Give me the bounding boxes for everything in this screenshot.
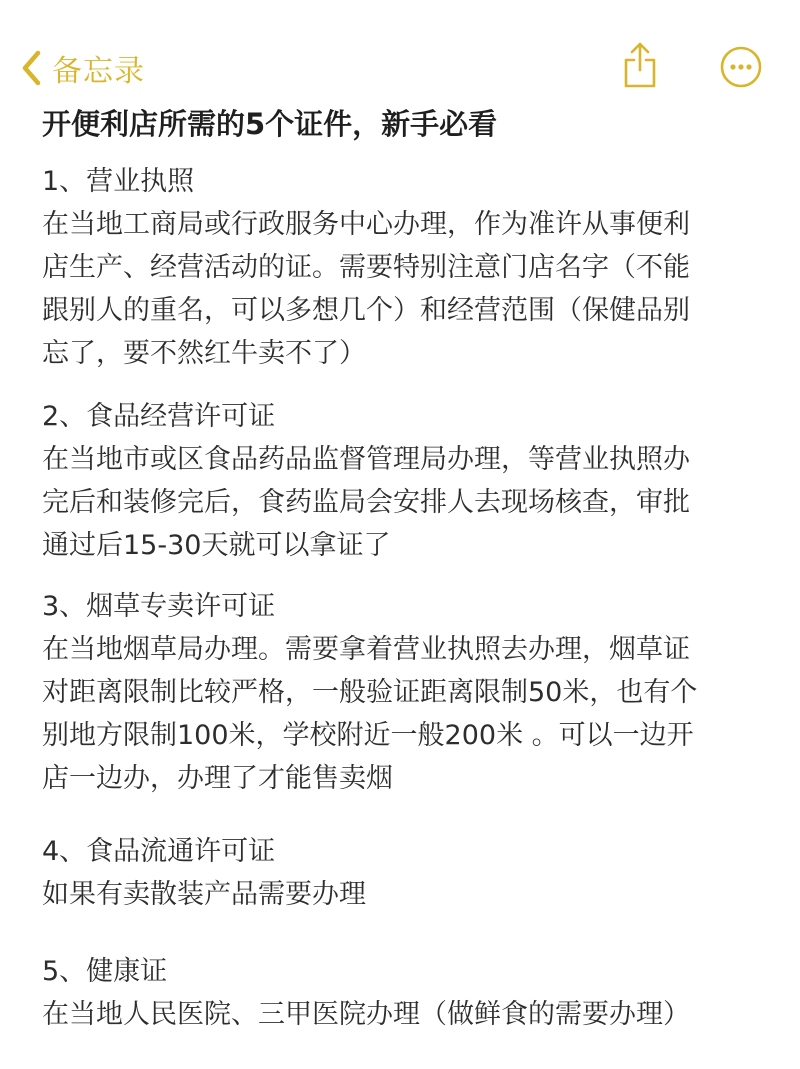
section-food-circulation-permit: 4、食品流通许可证 如果有卖散装产品需要办理 <box>42 830 366 916</box>
section-heading: 2、食品经营许可证 <box>42 395 690 438</box>
body-line: 在当地人民医院、三甲医院办理（做鲜食的需要办理） <box>42 993 690 1036</box>
more-ellipsis-icon <box>719 74 763 93</box>
body-line: 通过后15-30天就可以拿证了 <box>42 524 690 567</box>
note-title: 开便利店所需的5个证件，新手必看 <box>42 102 497 143</box>
section-heading: 4、食品流通许可证 <box>42 830 366 873</box>
body-line: 忘了，要不然红牛卖不了） <box>42 332 690 375</box>
section-tobacco-permit: 3、烟草专卖许可证 在当地烟草局办理。需要拿着营业执照去办理，烟草证 对距离限制… <box>42 585 697 800</box>
section-health-certificate: 5、健康证 在当地人民医院、三甲医院办理（做鲜食的需要办理） <box>42 950 690 1036</box>
back-button[interactable]: 备忘录 <box>20 46 145 90</box>
body-line: 在当地工商局或行政服务中心办理，作为准许从事便利 <box>42 203 690 246</box>
body-line: 如果有卖散装产品需要办理 <box>42 873 366 916</box>
share-button[interactable] <box>620 40 660 92</box>
more-options-button[interactable] <box>719 45 763 89</box>
section-business-license: 1、营业执照 在当地工商局或行政服务中心办理，作为准许从事便利 店生产、经营活动… <box>42 160 690 375</box>
body-line: 在当地烟草局办理。需要拿着营业执照去办理，烟草证 <box>42 628 697 671</box>
section-heading: 3、烟草专卖许可证 <box>42 585 697 628</box>
section-food-business-permit: 2、食品经营许可证 在当地市或区食品药品监督管理局办理，等营业执照办 完后和装修… <box>42 395 690 567</box>
body-line: 对距离限制比较严格，一般验证距离限制50米，也有个 <box>42 671 697 714</box>
body-line: 别地方限制100米，学校附近一般200米 。可以一边开 <box>42 714 697 757</box>
back-label: 备忘录 <box>52 46 145 90</box>
body-line: 在当地市或区食品药品监督管理局办理，等营业执照办 <box>42 438 690 481</box>
body-line: 完后和装修完后，食药监局会安排人去现场核查，审批 <box>42 481 690 524</box>
body-line: 店一边办，办理了才能售卖烟 <box>42 757 697 800</box>
chevron-left-icon <box>20 49 42 87</box>
section-heading: 5、健康证 <box>42 950 690 993</box>
body-line: 跟别人的重名，可以多想几个）和经营范围（保健品别 <box>42 289 690 332</box>
section-heading: 1、营业执照 <box>42 160 690 203</box>
share-icon <box>620 77 660 96</box>
body-line: 店生产、经营活动的证。需要特别注意门店名字（不能 <box>42 246 690 289</box>
navigation-bar: 备忘录 <box>0 38 800 98</box>
